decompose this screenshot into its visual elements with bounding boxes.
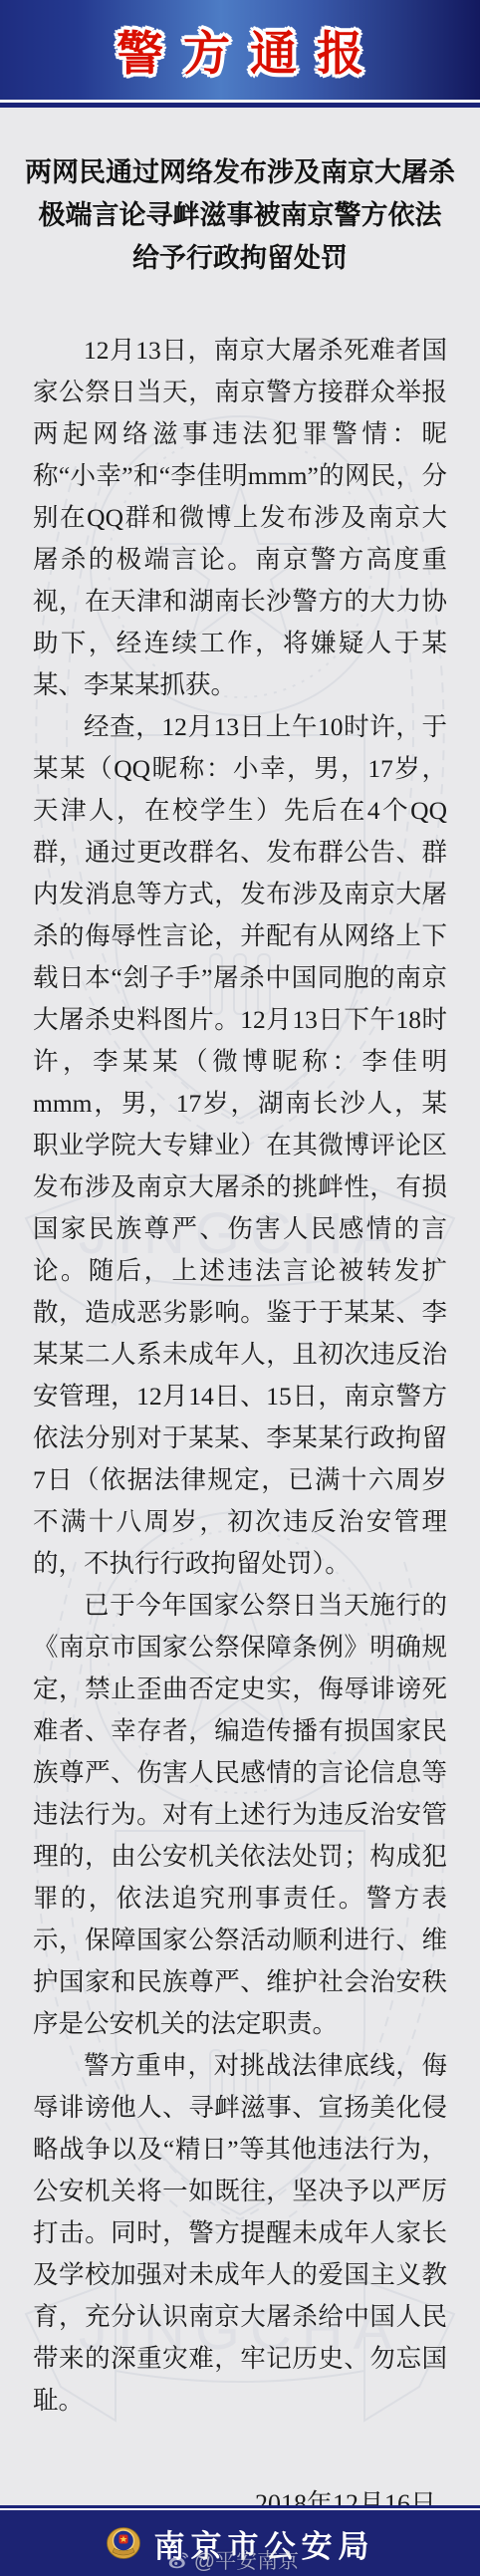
police-emblem-icon (106, 2525, 141, 2561)
weibo-watermark-text: @平安南京 (194, 2545, 299, 2575)
notice-title-line: 给予行政拘留处罚 (20, 237, 460, 280)
notice-paragraph: 经查，12月13日上午10时许，于某某（QQ昵称：小幸，男，17岁，天津人，在校… (33, 706, 447, 1585)
banner-title: 警方通报 (117, 17, 383, 84)
notice-body: JINGCHA JINGCHA (0, 108, 480, 2505)
notice-header-banner: 警方通报 (0, 0, 480, 100)
notice-paragraph: 警方重申，对挑战法律底线，侮辱诽谤他人、寻衅滋事、宣扬美化侵略战争以及“精日”等… (33, 2045, 447, 2422)
footer-bar: 南京市公安局 @平安南京 (0, 2510, 480, 2576)
notice-date: 2018年12月16日 (0, 2481, 436, 2505)
police-notice-page: 警方通报 JINGCHA (0, 0, 480, 2576)
notice-title-line: 两网民通过网络发布涉及南京大屠杀 (20, 151, 460, 194)
weibo-watermark: @平安南京 (168, 2545, 299, 2575)
notice-sign-block: 2018年12月16日 南京市公安局 (0, 2481, 480, 2505)
notice-paragraphs: 12月13日，南京大屠杀死难者国家公祭日当天，南京警方接群众举报两起网络滋事违法… (0, 330, 480, 2422)
notice-title: 两网民通过网络发布涉及南京大屠杀 极端言论寻衅滋事被南京警方依法 给予行政拘留处… (20, 151, 460, 280)
notice-paragraph: 已于今年国家公祭日当天施行的《南京市国家公祭保障条例》明确规定，禁止歪曲否定史实… (33, 1585, 447, 2045)
notice-paragraph: 12月13日，南京大屠杀死难者国家公祭日当天，南京警方接群众举报两起网络滋事违法… (33, 330, 447, 706)
notice-title-line: 极端言论寻衅滋事被南京警方依法 (20, 194, 460, 237)
weibo-icon (168, 2551, 190, 2569)
